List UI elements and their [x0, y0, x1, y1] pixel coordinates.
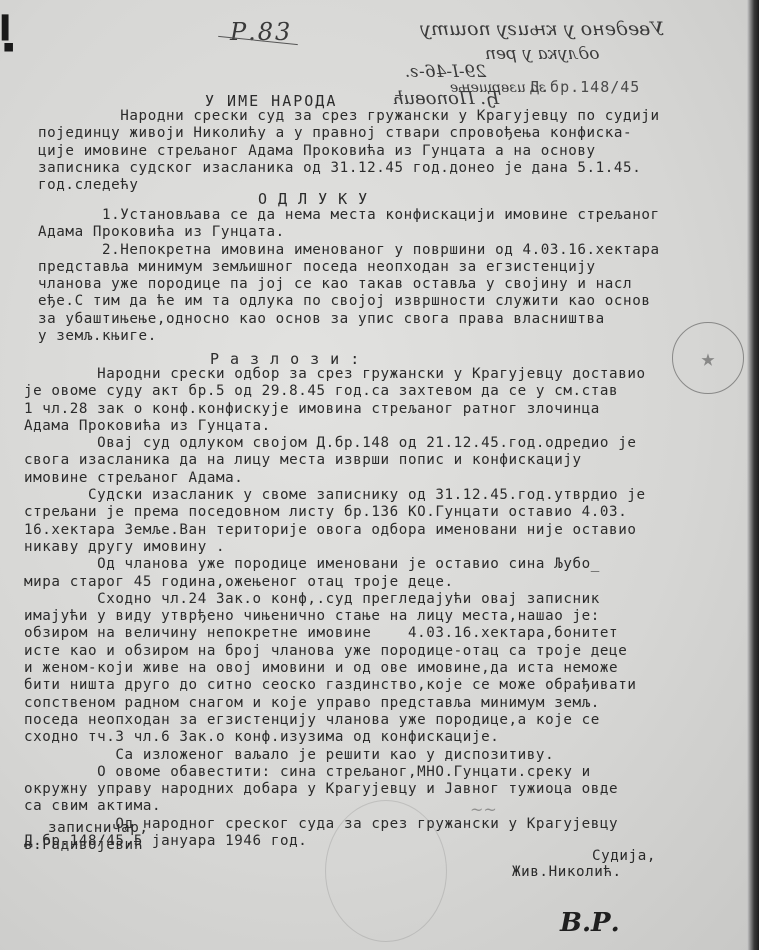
typed-line: Судски изасланик у своме записнику од 31…: [24, 487, 646, 504]
scanned-document-page: ▌▪ Р.83 Уведено у књигу пошту одлука у р…: [0, 0, 759, 950]
typed-line: Адама Проковића из Гунцата.: [24, 418, 646, 435]
typed-line: записника судског изасланика од 31.12.45…: [38, 160, 660, 177]
typed-line: ције имовине стрељаног Адама Проковића и…: [38, 143, 660, 160]
handwritten-signature: Ђ. Поповић: [392, 88, 500, 109]
judge-name: Жив.Николић.: [512, 864, 622, 880]
star-stamp: ★: [672, 322, 744, 394]
typed-line: О овоме обавестити: сина стрељаног,МНО.Г…: [24, 764, 646, 781]
typed-line: 1 чл.28 зак о конф.конфискује имовина ст…: [24, 401, 646, 418]
typed-line: појединцу живоји Николићу а у правној ст…: [38, 125, 660, 142]
typed-line: 16.хектара Земље.Ван територије овога од…: [24, 522, 646, 539]
typed-line: у земљ.књиге.: [38, 328, 660, 345]
reasons-section: Народни срески одбор за срез гружански у…: [24, 366, 646, 850]
margin-marks: ▌▪: [2, 20, 15, 56]
typed-line: Са изложеног ваљало је решити као у дисп…: [24, 747, 646, 764]
typed-line: бити ништа друго до ситно сеоско газдинс…: [24, 677, 646, 694]
typed-line: исте као и обзиром на број чланова уже п…: [24, 643, 646, 660]
handwritten-note: Уведено у књигу пошту: [420, 18, 664, 40]
typed-line: је овоме суду акт бр.5 од 29.8.45 год.са…: [24, 383, 646, 400]
typed-line: стрељани је према поседовном листу бр.13…: [24, 504, 646, 521]
typed-line: никаву другу имовину .: [24, 539, 646, 556]
typed-line: обзиром на величину непокретне имовине 4…: [24, 625, 646, 642]
typed-line: мира старог 45 година,ожењеног отац трој…: [24, 574, 646, 591]
handwritten-note: одлука у реп: [485, 44, 600, 64]
typed-line: еђе.С тим да ће им та одлука по својој и…: [38, 293, 660, 310]
recorder-name: в.Радивојевић: [24, 837, 143, 853]
typed-line: за убаштињење,односно као основ за упис …: [38, 311, 660, 328]
typed-line: сопственом радном снагом и које управо п…: [24, 695, 646, 712]
typed-line: 1.Установљава се да нема места конфискац…: [38, 207, 660, 224]
typed-line: Сходно чл.24 Зак.о конф,.суд прегледајућ…: [24, 591, 646, 608]
decision-heading: ОДЛУКУ: [258, 190, 378, 208]
typed-line: и женом-који живе на овој имовини и од о…: [24, 660, 646, 677]
faint-round-stamp: [325, 800, 447, 942]
typed-line: сходно тч.3 чл.6 Зак.о конф.изузима од к…: [24, 729, 646, 746]
typed-line: свога изасланика да на лицу места изврши…: [24, 452, 646, 469]
case-number: Д.бр.148/45: [530, 78, 640, 96]
decision-section: 1.Установљава се да нема места конфискац…: [38, 207, 660, 345]
typed-line: Народни срески одбор за срез гружански у…: [24, 366, 646, 383]
scan-edge-shadow: [747, 0, 759, 950]
faint-signature: ~~: [470, 800, 497, 819]
handwritten-date: 29-I-46-г.: [405, 62, 486, 82]
typed-line: Овај суд одлуком својом Д.бр.148 од 21.1…: [24, 435, 646, 452]
typed-line: представља минимум земљишног поседа неоп…: [38, 259, 660, 276]
typed-line: поседа неопходан за егзистенцију чланова…: [24, 712, 646, 729]
typed-line: Народни срески суд за срез гружански у К…: [38, 108, 660, 125]
typed-line: чланова уже породице па јој се као такав…: [38, 276, 660, 293]
typed-line: 2.Непокретна имовина именованог у површи…: [38, 242, 660, 259]
typed-line: имовине стрељаног Адама.: [24, 470, 646, 487]
typed-line: Адама Проковића из Гунцата.: [38, 224, 660, 241]
typed-line: Од чланова уже породице именовани је ост…: [24, 556, 646, 573]
typed-line: окружну управу народних добара у Крагује…: [24, 781, 646, 798]
initials-signature: В.Р.: [560, 908, 620, 938]
recorder-title: записничар,: [48, 820, 149, 836]
judge-title: Судија,: [592, 848, 656, 864]
intro-paragraph: Народни срески суд за срез гружански у К…: [38, 108, 660, 194]
typed-line: са свим актима.: [24, 798, 646, 815]
typed-line: имајући у виду утврђено чињенично стање …: [24, 608, 646, 625]
